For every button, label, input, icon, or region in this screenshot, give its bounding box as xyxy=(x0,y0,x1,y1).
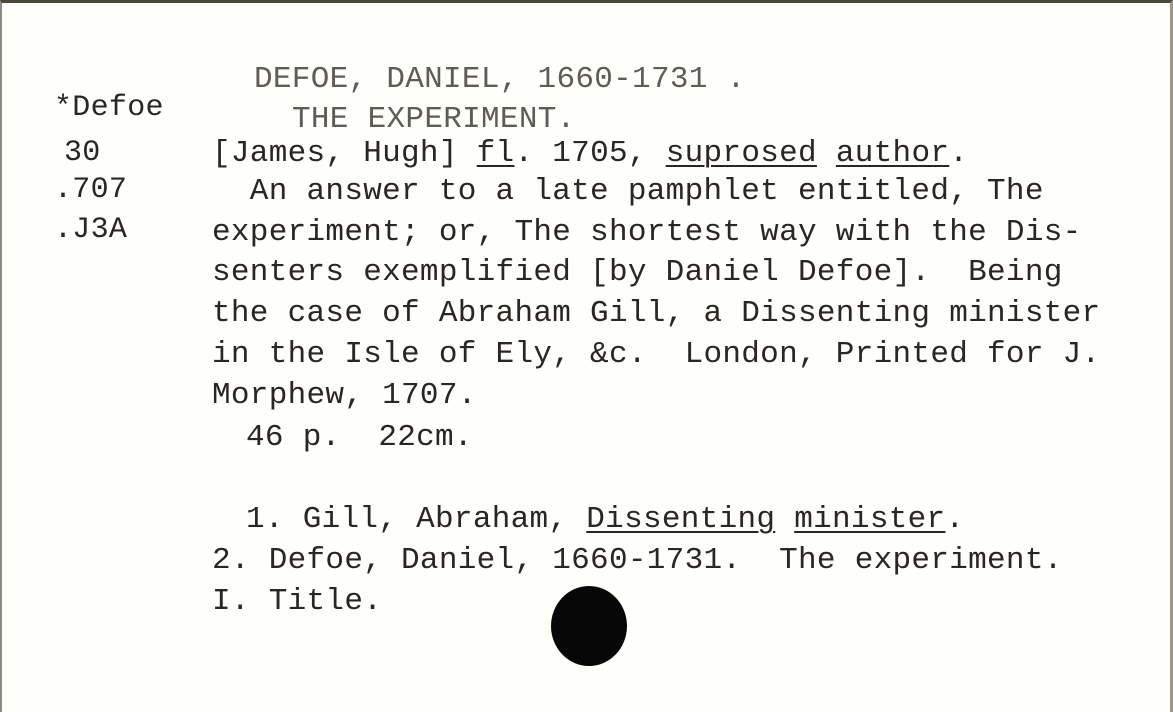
call-number-line-2: 30 xyxy=(64,136,101,170)
catalog-card: *Defoe 30 .707 .J3A DEFOE, DANIEL, 1660-… xyxy=(0,0,1173,712)
call-number-line-3: .707 xyxy=(54,173,127,207)
body-line-2: experiment; or, The shortest way with th… xyxy=(212,216,1082,250)
body-line-6: Morphew, 1707. xyxy=(212,379,477,413)
added-heading-title: THE EXPERIMENT. xyxy=(292,103,576,137)
dissenting-word: Dissenting xyxy=(586,502,775,537)
main-entry: [James, Hugh] fl. 1705, suprosed author. xyxy=(212,137,968,171)
main-entry-date: . 1705, xyxy=(514,136,665,171)
body-line-1: An answer to a late pamphlet entitled, T… xyxy=(212,175,1044,209)
punch-hole xyxy=(551,586,627,666)
fl-abbrev: fl xyxy=(477,136,515,171)
main-entry-name: [James, Hugh] xyxy=(212,136,477,171)
body-line-3: senters exemplified [by Daniel Defoe]. B… xyxy=(212,256,1063,290)
author-word: author xyxy=(836,136,949,171)
call-number-line-1: *Defoe xyxy=(54,91,164,125)
tracing-1: 1. Gill, Abraham, Dissenting minister. xyxy=(246,503,964,537)
call-number-line-4: .J3A xyxy=(54,213,127,247)
body-line-4: the case of Abraham Gill, a Dissenting m… xyxy=(212,297,1100,331)
tracing-2: 2. Defoe, Daniel, 1660-1731. The experim… xyxy=(212,544,1063,578)
tracing-3: I. Title. xyxy=(212,585,382,619)
supposed-word: suprosed xyxy=(666,136,817,171)
body-line-5: in the Isle of Ely, &c. London, Printed … xyxy=(212,338,1100,372)
collation: 46 p. 22cm. xyxy=(246,421,473,455)
added-heading-name: DEFOE, DANIEL, 1660-1731 . xyxy=(254,63,745,97)
minister-word: minister xyxy=(794,502,945,537)
